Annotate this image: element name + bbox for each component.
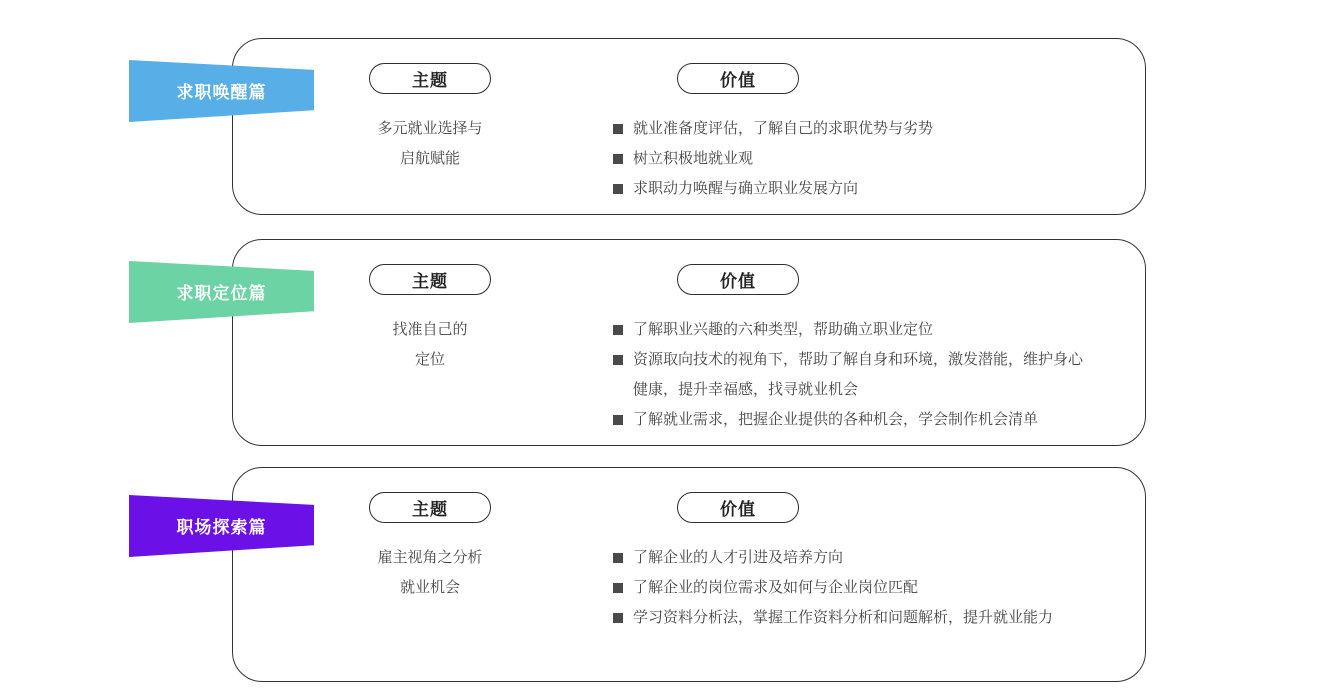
ribbon-badge: 职场探索篇 bbox=[129, 495, 314, 557]
value-item-text: 学习资料分析法，掌握工作资料分析和问题解析，提升就业能力 bbox=[633, 603, 1087, 633]
value-pill-label: 价值 bbox=[720, 267, 756, 292]
topic-pill-label: 主题 bbox=[412, 495, 448, 520]
ribbon-label: 求职唤醒篇 bbox=[177, 78, 267, 103]
ribbon-badge: 求职定位篇 bbox=[129, 261, 314, 323]
list-item: 求职动力唤醒与确立职业发展方向 bbox=[613, 174, 1099, 204]
ribbon-badge: 求职唤醒篇 bbox=[129, 60, 314, 122]
ribbon-label: 职场探索篇 bbox=[177, 513, 267, 538]
section-card-1: 求职唤醒篇 主题 价值 多元就业选择与 启航赋能 就业准备度评估，了解自己的求职… bbox=[232, 38, 1146, 215]
topic-pill: 主题 bbox=[369, 492, 491, 523]
value-list: 了解职业兴趣的六种类型，帮助确立职业定位资源取向技术的视角下，帮助了解自身和环境… bbox=[613, 315, 1099, 435]
value-item-text: 树立积极地就业观 bbox=[633, 144, 1087, 174]
value-pill-label: 价值 bbox=[720, 495, 756, 520]
section-card-3: 职场探索篇 主题 价值 雇主视角之分析 就业机会 了解企业的人才引进及培养方向了… bbox=[232, 467, 1146, 682]
value-item-text: 了解企业的人才引进及培养方向 bbox=[633, 543, 1087, 573]
bullet-square-icon bbox=[613, 154, 623, 164]
list-item: 学习资料分析法，掌握工作资料分析和问题解析，提升就业能力 bbox=[613, 603, 1099, 633]
topic-text: 雇主视角之分析 就业机会 bbox=[329, 543, 531, 603]
list-item: 了解职业兴趣的六种类型，帮助确立职业定位 bbox=[613, 315, 1099, 345]
value-pill: 价值 bbox=[677, 492, 799, 523]
list-item: 就业准备度评估，了解自己的求职优势与劣势 bbox=[613, 114, 1099, 144]
topic-line-2: 就业机会 bbox=[329, 573, 531, 603]
value-item-text: 了解企业的岗位需求及如何与企业岗位匹配 bbox=[633, 573, 1087, 603]
value-item-text: 就业准备度评估，了解自己的求职优势与劣势 bbox=[633, 114, 1087, 144]
topic-line-1: 找准自己的 bbox=[329, 315, 531, 345]
topic-line-1: 雇主视角之分析 bbox=[329, 543, 531, 573]
topic-pill-label: 主题 bbox=[412, 66, 448, 91]
topic-line-2: 定位 bbox=[329, 345, 531, 375]
value-list: 了解企业的人才引进及培养方向了解企业的岗位需求及如何与企业岗位匹配学习资料分析法… bbox=[613, 543, 1099, 633]
bullet-square-icon bbox=[613, 583, 623, 593]
section-card-2: 求职定位篇 主题 价值 找准自己的 定位 了解职业兴趣的六种类型，帮助确立职业定… bbox=[232, 239, 1146, 446]
topic-line-1: 多元就业选择与 bbox=[329, 114, 531, 144]
list-item: 了解企业的岗位需求及如何与企业岗位匹配 bbox=[613, 573, 1099, 603]
ribbon-label: 求职定位篇 bbox=[177, 279, 267, 304]
value-pill: 价值 bbox=[677, 264, 799, 295]
topic-text: 找准自己的 定位 bbox=[329, 315, 531, 375]
list-item: 了解就业需求，把握企业提供的各种机会，学会制作机会清单 bbox=[613, 405, 1099, 435]
topic-pill: 主题 bbox=[369, 63, 491, 94]
bullet-square-icon bbox=[613, 124, 623, 134]
value-item-text: 了解就业需求，把握企业提供的各种机会，学会制作机会清单 bbox=[633, 405, 1087, 435]
bullet-square-icon bbox=[613, 184, 623, 194]
value-item-text: 求职动力唤醒与确立职业发展方向 bbox=[633, 174, 1087, 204]
value-list: 就业准备度评估，了解自己的求职优势与劣势树立积极地就业观求职动力唤醒与确立职业发… bbox=[613, 114, 1099, 204]
list-item: 资源取向技术的视角下，帮助了解自身和环境，激发潜能，维护身心健康，提升幸福感，找… bbox=[613, 345, 1099, 405]
bullet-square-icon bbox=[613, 355, 623, 365]
topic-line-2: 启航赋能 bbox=[329, 144, 531, 174]
value-item-text: 资源取向技术的视角下，帮助了解自身和环境，激发潜能，维护身心健康，提升幸福感，找… bbox=[633, 345, 1087, 405]
value-pill: 价值 bbox=[677, 63, 799, 94]
list-item: 树立积极地就业观 bbox=[613, 144, 1099, 174]
bullet-square-icon bbox=[613, 415, 623, 425]
topic-text: 多元就业选择与 启航赋能 bbox=[329, 114, 531, 174]
course-overview-diagram: 求职唤醒篇 主题 价值 多元就业选择与 启航赋能 就业准备度评估，了解自己的求职… bbox=[0, 0, 1342, 694]
topic-pill-label: 主题 bbox=[412, 267, 448, 292]
list-item: 了解企业的人才引进及培养方向 bbox=[613, 543, 1099, 573]
bullet-square-icon bbox=[613, 613, 623, 623]
bullet-square-icon bbox=[613, 325, 623, 335]
topic-pill: 主题 bbox=[369, 264, 491, 295]
value-item-text: 了解职业兴趣的六种类型，帮助确立职业定位 bbox=[633, 315, 1087, 345]
value-pill-label: 价值 bbox=[720, 66, 756, 91]
bullet-square-icon bbox=[613, 553, 623, 563]
